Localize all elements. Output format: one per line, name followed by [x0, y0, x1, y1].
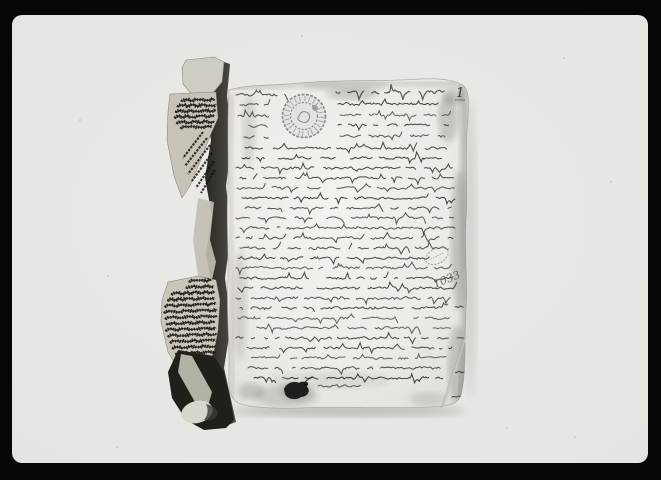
dust-speck	[301, 35, 303, 37]
dust-speck	[563, 57, 565, 59]
stamp-center-blob	[312, 105, 318, 111]
dust-speck	[79, 119, 81, 121]
manuscript-scan: 1 1033	[0, 0, 661, 480]
stain-blotch	[242, 96, 256, 164]
stain-blotch	[410, 392, 446, 406]
stain-blotch	[303, 81, 387, 91]
photo-frame: 1 1033	[0, 0, 661, 480]
stain-blotch	[238, 383, 264, 399]
dust-speck	[506, 427, 508, 429]
folio-number: 1	[456, 86, 464, 101]
dust-speck	[574, 436, 576, 438]
round-stamp	[283, 95, 326, 138]
dust-speck	[610, 181, 612, 183]
dust-speck	[116, 446, 118, 448]
dust-speck	[107, 275, 109, 277]
stain-blotch	[233, 250, 247, 360]
